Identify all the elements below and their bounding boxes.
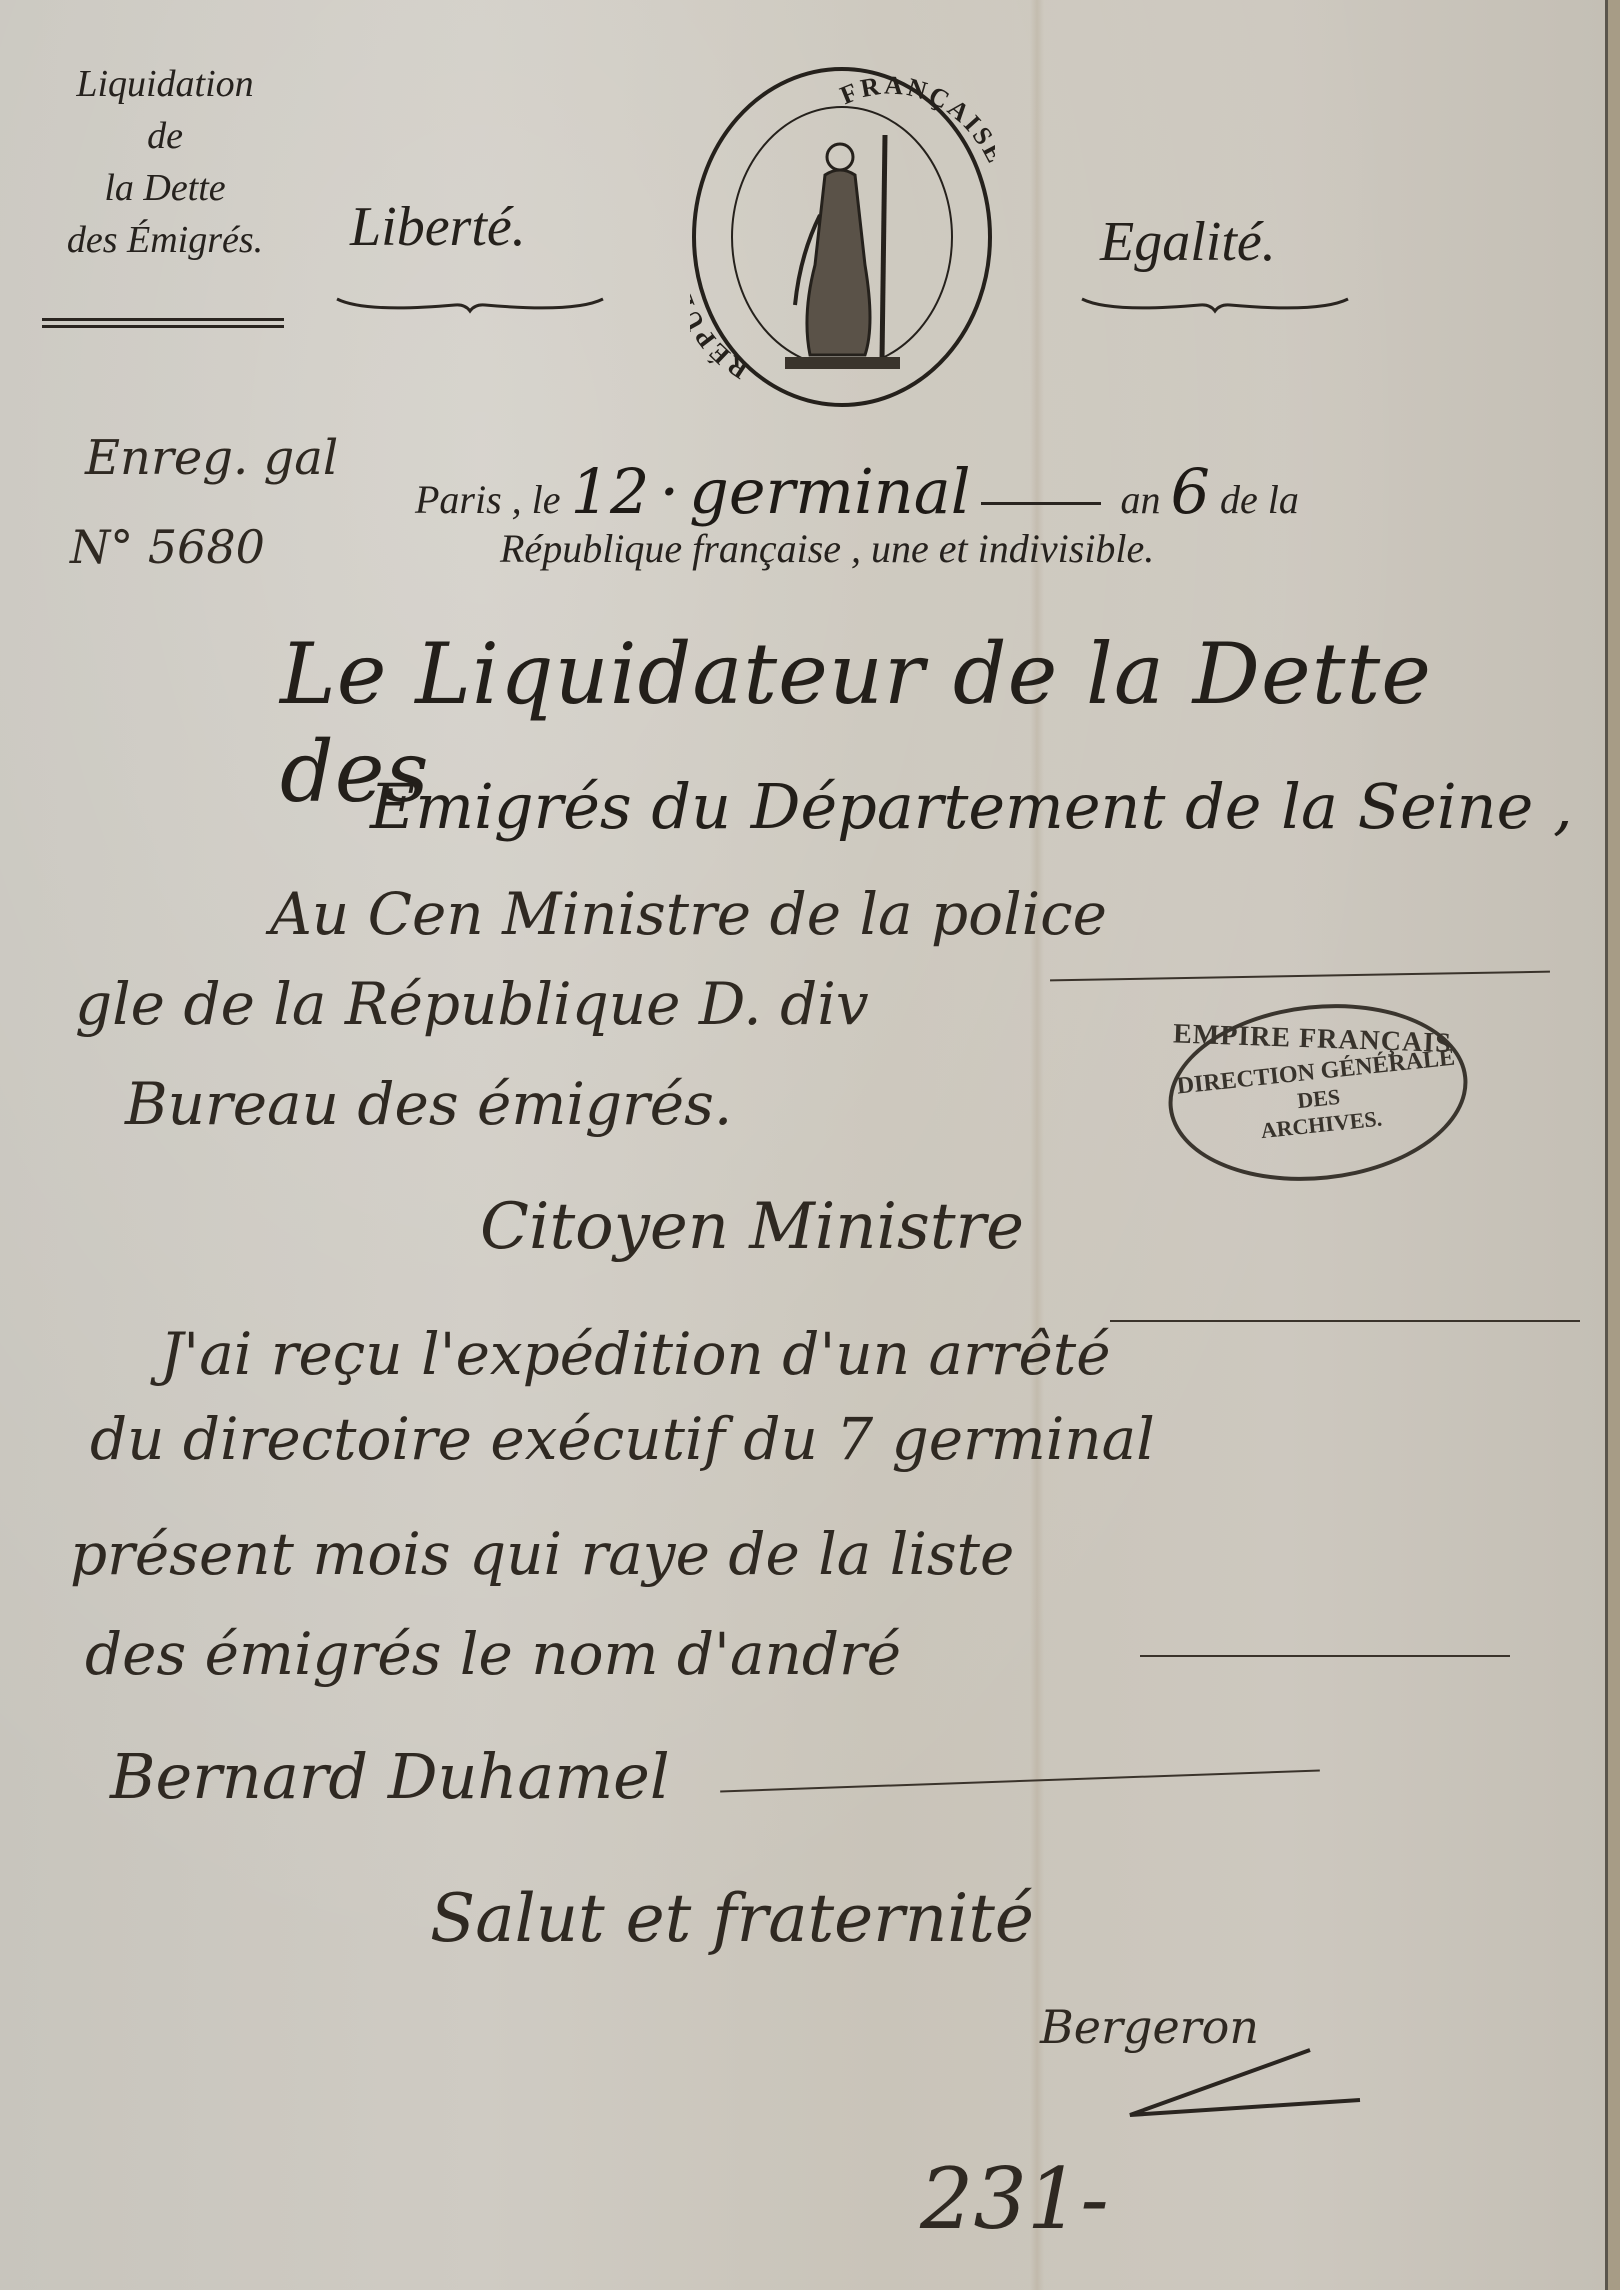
body-line: Bureau des émigrés. [125,1070,732,1138]
salutation: Citoyen Ministre [480,1190,1024,1264]
line-filler [720,1770,1320,1793]
office-double-rule [42,318,284,328]
swash-ornament-icon [335,295,605,315]
office-line: des Émigrés. [40,214,290,266]
date-year: 6 [1171,455,1210,528]
office-line: la Dette [40,162,290,214]
office-heading: Liquidation de la Dette des Émigrés. [40,58,290,266]
republic-line: République française , une et indivisibl… [500,525,1154,572]
stamp-line: EMPIRE FRANÇAIS [1166,1018,1459,1060]
body-line: du directoire exécutif du 7 germinal [90,1405,1155,1473]
body-line: des émigrés le nom d'andré [85,1620,901,1688]
republic-seal-icon: RÉPUBLIQUE FRANÇAISE [690,65,995,410]
body-line: présent mois qui raye de la liste [70,1520,1014,1588]
title-line-2: Emigrés du Département de la Seine , [370,770,1573,843]
office-line: Liquidation [40,58,290,110]
folio-number: 231- [920,2150,1109,2248]
office-line: de [40,110,290,162]
line-filler [1140,1655,1510,1657]
line-filler [1110,1320,1580,1322]
date-line: Paris , le 12 · germinal an 6 de la [415,455,1299,528]
body-line: gle de la République D. div [75,970,869,1038]
body-line-name: Bernard Duhamel [110,1740,670,1813]
motto-liberte: Liberté. [350,195,526,259]
motto-egalite: Egalité. [1100,210,1276,274]
closing: Salut et fraternité [430,1880,1034,1957]
document-paper: Liquidation de la Dette des Émigrés. Lib… [0,0,1608,2290]
swash-ornament-icon [1080,295,1350,315]
registration-number: N° 5680 [70,520,265,574]
registration-note: Enreg. gal [85,430,338,486]
date-suffix: de la [1220,477,1299,522]
line-filler [1050,971,1550,982]
date-prefix: Paris , le [415,477,561,522]
body-line: J'ai reçu l'expédition d'un arrêté [160,1320,1111,1388]
date-day: 12 [571,455,650,528]
date-month: germinal [689,455,970,528]
archive-stamp: EMPIRE FRANÇAIS DIRECTION GÉNÉRALE DES A… [1160,990,1477,1195]
body-line: Au Cen Ministre de la police [270,880,1107,948]
signature-flourish-icon [1110,2045,1370,2125]
date-year-prefix: an [1121,477,1161,522]
date-rule [981,502,1101,505]
